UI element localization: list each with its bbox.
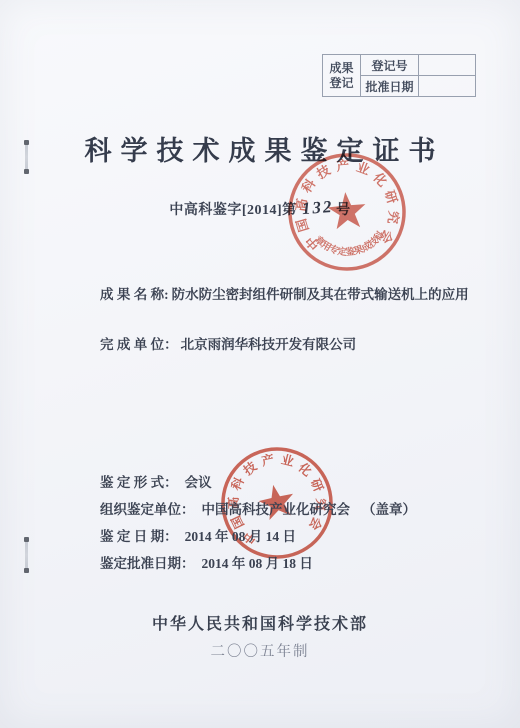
appraisal-form-value: 会议	[185, 475, 212, 490]
issuer-ministry: 中华人民共和国科学技术部	[0, 611, 520, 634]
certificate-page: 成果 登记 登记号 批准日期 科学技术成果鉴定证书 中高科鉴字[2014]第13…	[0, 0, 520, 728]
svg-text:产: 产	[260, 451, 276, 468]
registry-table: 成果 登记 登记号 批准日期	[322, 54, 476, 97]
registry-group-line1: 成果	[329, 61, 353, 75]
organizing-unit-value: 中国高科技产业化研究会	[202, 502, 351, 517]
appraisal-date-value: 2014 年 08 月 14 日	[185, 529, 296, 544]
achievement-name-label: 成 果 名 称:	[100, 287, 169, 302]
svg-text:研: 研	[382, 188, 400, 205]
organizing-unit-row: 组织鉴定单位：中国高科技产业化研究会（盖章）	[100, 500, 416, 520]
certificate-title: 科学技术成果鉴定证书	[0, 129, 520, 168]
svg-text:高: 高	[293, 197, 310, 212]
svg-text:业: 业	[280, 452, 296, 469]
achievement-name-value: 防水防尘密封组件研制及其在带式输送机上的应用	[172, 287, 469, 302]
staple	[25, 539, 28, 571]
svg-text:业: 业	[354, 159, 371, 178]
approval-date-row: 鉴定批准日期：2014 年 08 月 18 日	[100, 554, 416, 574]
registry-group-line2: 登记	[329, 76, 353, 90]
result-fields: 成 果 名 称:防水防尘密封组件研制及其在带式输送机上的应用 完 成 单 位：北…	[100, 285, 469, 355]
svg-text:究: 究	[385, 210, 401, 225]
appraisal-special-seal: 中国高科技产业化研究会科技成果鉴定专用章	[282, 147, 412, 277]
registry-number-value	[419, 55, 476, 76]
seal-here-note: （盖章）	[362, 502, 416, 517]
appraisal-form-label: 鉴 定 形 式：	[100, 475, 178, 490]
completing-unit-value: 北京雨润华科技开发有限公司	[181, 337, 357, 352]
organizing-unit-label: 组织鉴定单位：	[100, 502, 195, 517]
appraisal-date-row: 鉴 定 日 期：2014 年 08 月 14 日	[100, 527, 416, 547]
completing-unit-label: 完 成 单 位：	[100, 337, 178, 352]
approval-date-label: 批准日期	[361, 76, 419, 97]
achievement-name-row: 成 果 名 称:防水防尘密封组件研制及其在带式输送机上的应用	[100, 285, 469, 305]
approval-date-row-value: 2014 年 08 月 18 日	[202, 556, 313, 571]
edition-note: 二〇〇五年制	[0, 640, 520, 661]
approval-date-value	[419, 76, 476, 97]
doc-number-prefix: 中高科鉴字[2014]第	[169, 203, 296, 218]
appraisal-form-row: 鉴 定 形 式：会议	[100, 473, 416, 493]
document-number: 中高科鉴字[2014]第132号	[0, 199, 520, 219]
completing-unit-row: 完 成 单 位：北京雨润华科技开发有限公司	[100, 335, 469, 355]
svg-text:产: 产	[336, 158, 350, 174]
registry-group-label: 成果 登记	[323, 55, 361, 97]
appraisal-fields: 鉴 定 形 式：会议 组织鉴定单位：中国高科技产业化研究会（盖章） 鉴 定 日 …	[100, 473, 416, 574]
appraisal-date-label: 鉴 定 日 期：	[100, 529, 178, 544]
approval-date-row-label: 鉴定批准日期：	[100, 556, 195, 571]
registry-number-label: 登记号	[361, 55, 419, 76]
svg-text:国: 国	[293, 217, 311, 234]
